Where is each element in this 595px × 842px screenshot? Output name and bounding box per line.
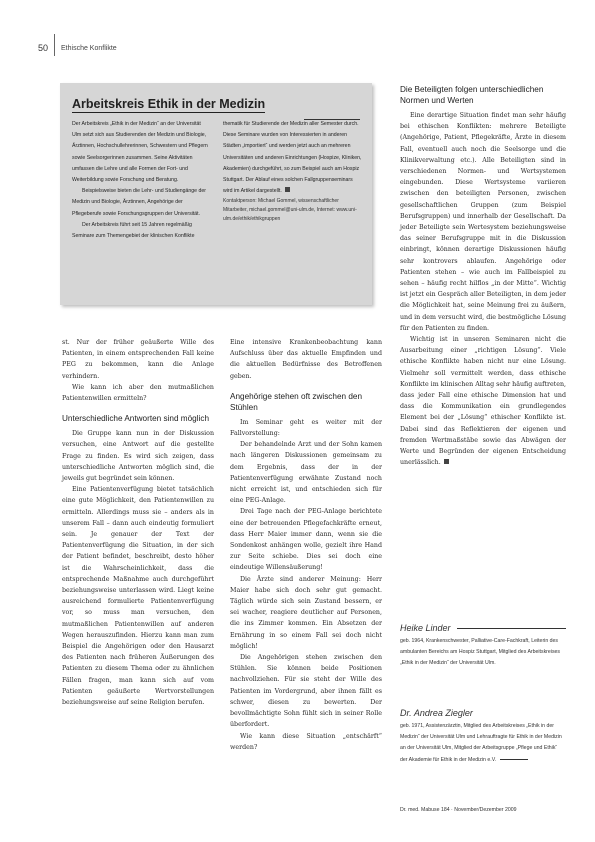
page-footer: Dr. med. Mabuse 184 · November/Dezember …	[400, 807, 570, 813]
header-divider	[54, 34, 55, 56]
paragraph: Eine intensive Krankenbeobachtung kann A…	[230, 337, 382, 382]
author-description: geb. 1971, Assistenzärztin, Mitglied des…	[400, 721, 566, 766]
paragraph: Wie kann ich aber den mutmaßlichen Patie…	[62, 382, 214, 404]
author-bio-2: Dr. Andrea Ziegler geb. 1971, Assistenzä…	[400, 708, 566, 766]
info-box-column-1: Der Arbeitskreis „Ethik in der Medizin“ …	[72, 119, 211, 242]
author-bio-1: Heike Linder geb. 1964, Krankenschwester…	[400, 623, 566, 670]
subheading: Die Beteiligten folgen unterschiedlichen…	[400, 84, 566, 106]
article-column-3: Die Beteiligten folgen unterschiedlichen…	[400, 84, 566, 469]
end-mark-icon	[285, 187, 290, 192]
contact-credit: Kontaktperson: Michael Gommel, wissensch…	[223, 197, 362, 224]
paragraph: Eine Patientenverfügung bietet tatsächli…	[62, 484, 214, 708]
subheading: Unterschiedliche Antworten sind möglich	[62, 413, 214, 424]
paragraph: Im Seminar geht es weiter mit der Fallvo…	[230, 417, 382, 439]
name-rule	[457, 628, 566, 629]
info-box-column-2: thematik für Studierende der Medizin all…	[223, 119, 362, 242]
paragraph: Die Gruppe kann nun in der Diskussion ve…	[62, 428, 214, 484]
author-description: geb. 1964, Krankenschwester, Palliative-…	[400, 636, 566, 670]
article-column-2: Eine intensive Krankenbeobachtung kann A…	[230, 337, 382, 753]
info-paragraph: Beispielsweise bieten die Lehr- und Stud…	[72, 186, 211, 220]
subheading: Angehörige stehen oft zwischen den Stühl…	[230, 391, 382, 413]
paragraph: Der behandelnde Arzt und der Sohn kamen …	[230, 439, 382, 506]
page-number: 50	[38, 43, 54, 53]
author-name: Heike Linder	[400, 623, 566, 633]
article-column-1: st. Nur der früher geäußerte Wille des P…	[62, 337, 214, 708]
paragraph: st. Nur der früher geäußerte Wille des P…	[62, 337, 214, 382]
title-rule	[304, 119, 360, 120]
end-rule	[500, 759, 528, 760]
info-paragraph: thematik für Studierende der Medizin all…	[223, 119, 362, 197]
info-box: Arbeitskreis Ethik in der Medizin Der Ar…	[60, 83, 372, 305]
page-header: 50 Ethische Konflikte	[38, 38, 117, 58]
paragraph: Drei Tage nach der PEG-Anlage berichtete…	[230, 506, 382, 573]
info-paragraph: Der Arbeitskreis „Ethik in der Medizin“ …	[72, 119, 211, 186]
paragraph: Die Angehörigen stehen zwischen den Stüh…	[230, 652, 382, 730]
info-box-title: Arbeitskreis Ethik in der Medizin	[72, 97, 265, 113]
paragraph: Wie kann diese Situation „entschärft“ we…	[230, 731, 382, 753]
paragraph: Eine derartige Situation findet man sehr…	[400, 110, 566, 334]
paragraph: Wichtig ist in unseren Seminaren nicht d…	[400, 334, 566, 468]
end-mark-icon	[444, 459, 449, 464]
paragraph: Die Ärzte sind anderer Meinung: Herr Mai…	[230, 574, 382, 652]
author-name: Dr. Andrea Ziegler	[400, 708, 566, 718]
info-paragraph: Der Arbeitskreis führt seit 15 Jahren re…	[72, 220, 211, 242]
section-name: Ethische Konflikte	[61, 45, 117, 52]
